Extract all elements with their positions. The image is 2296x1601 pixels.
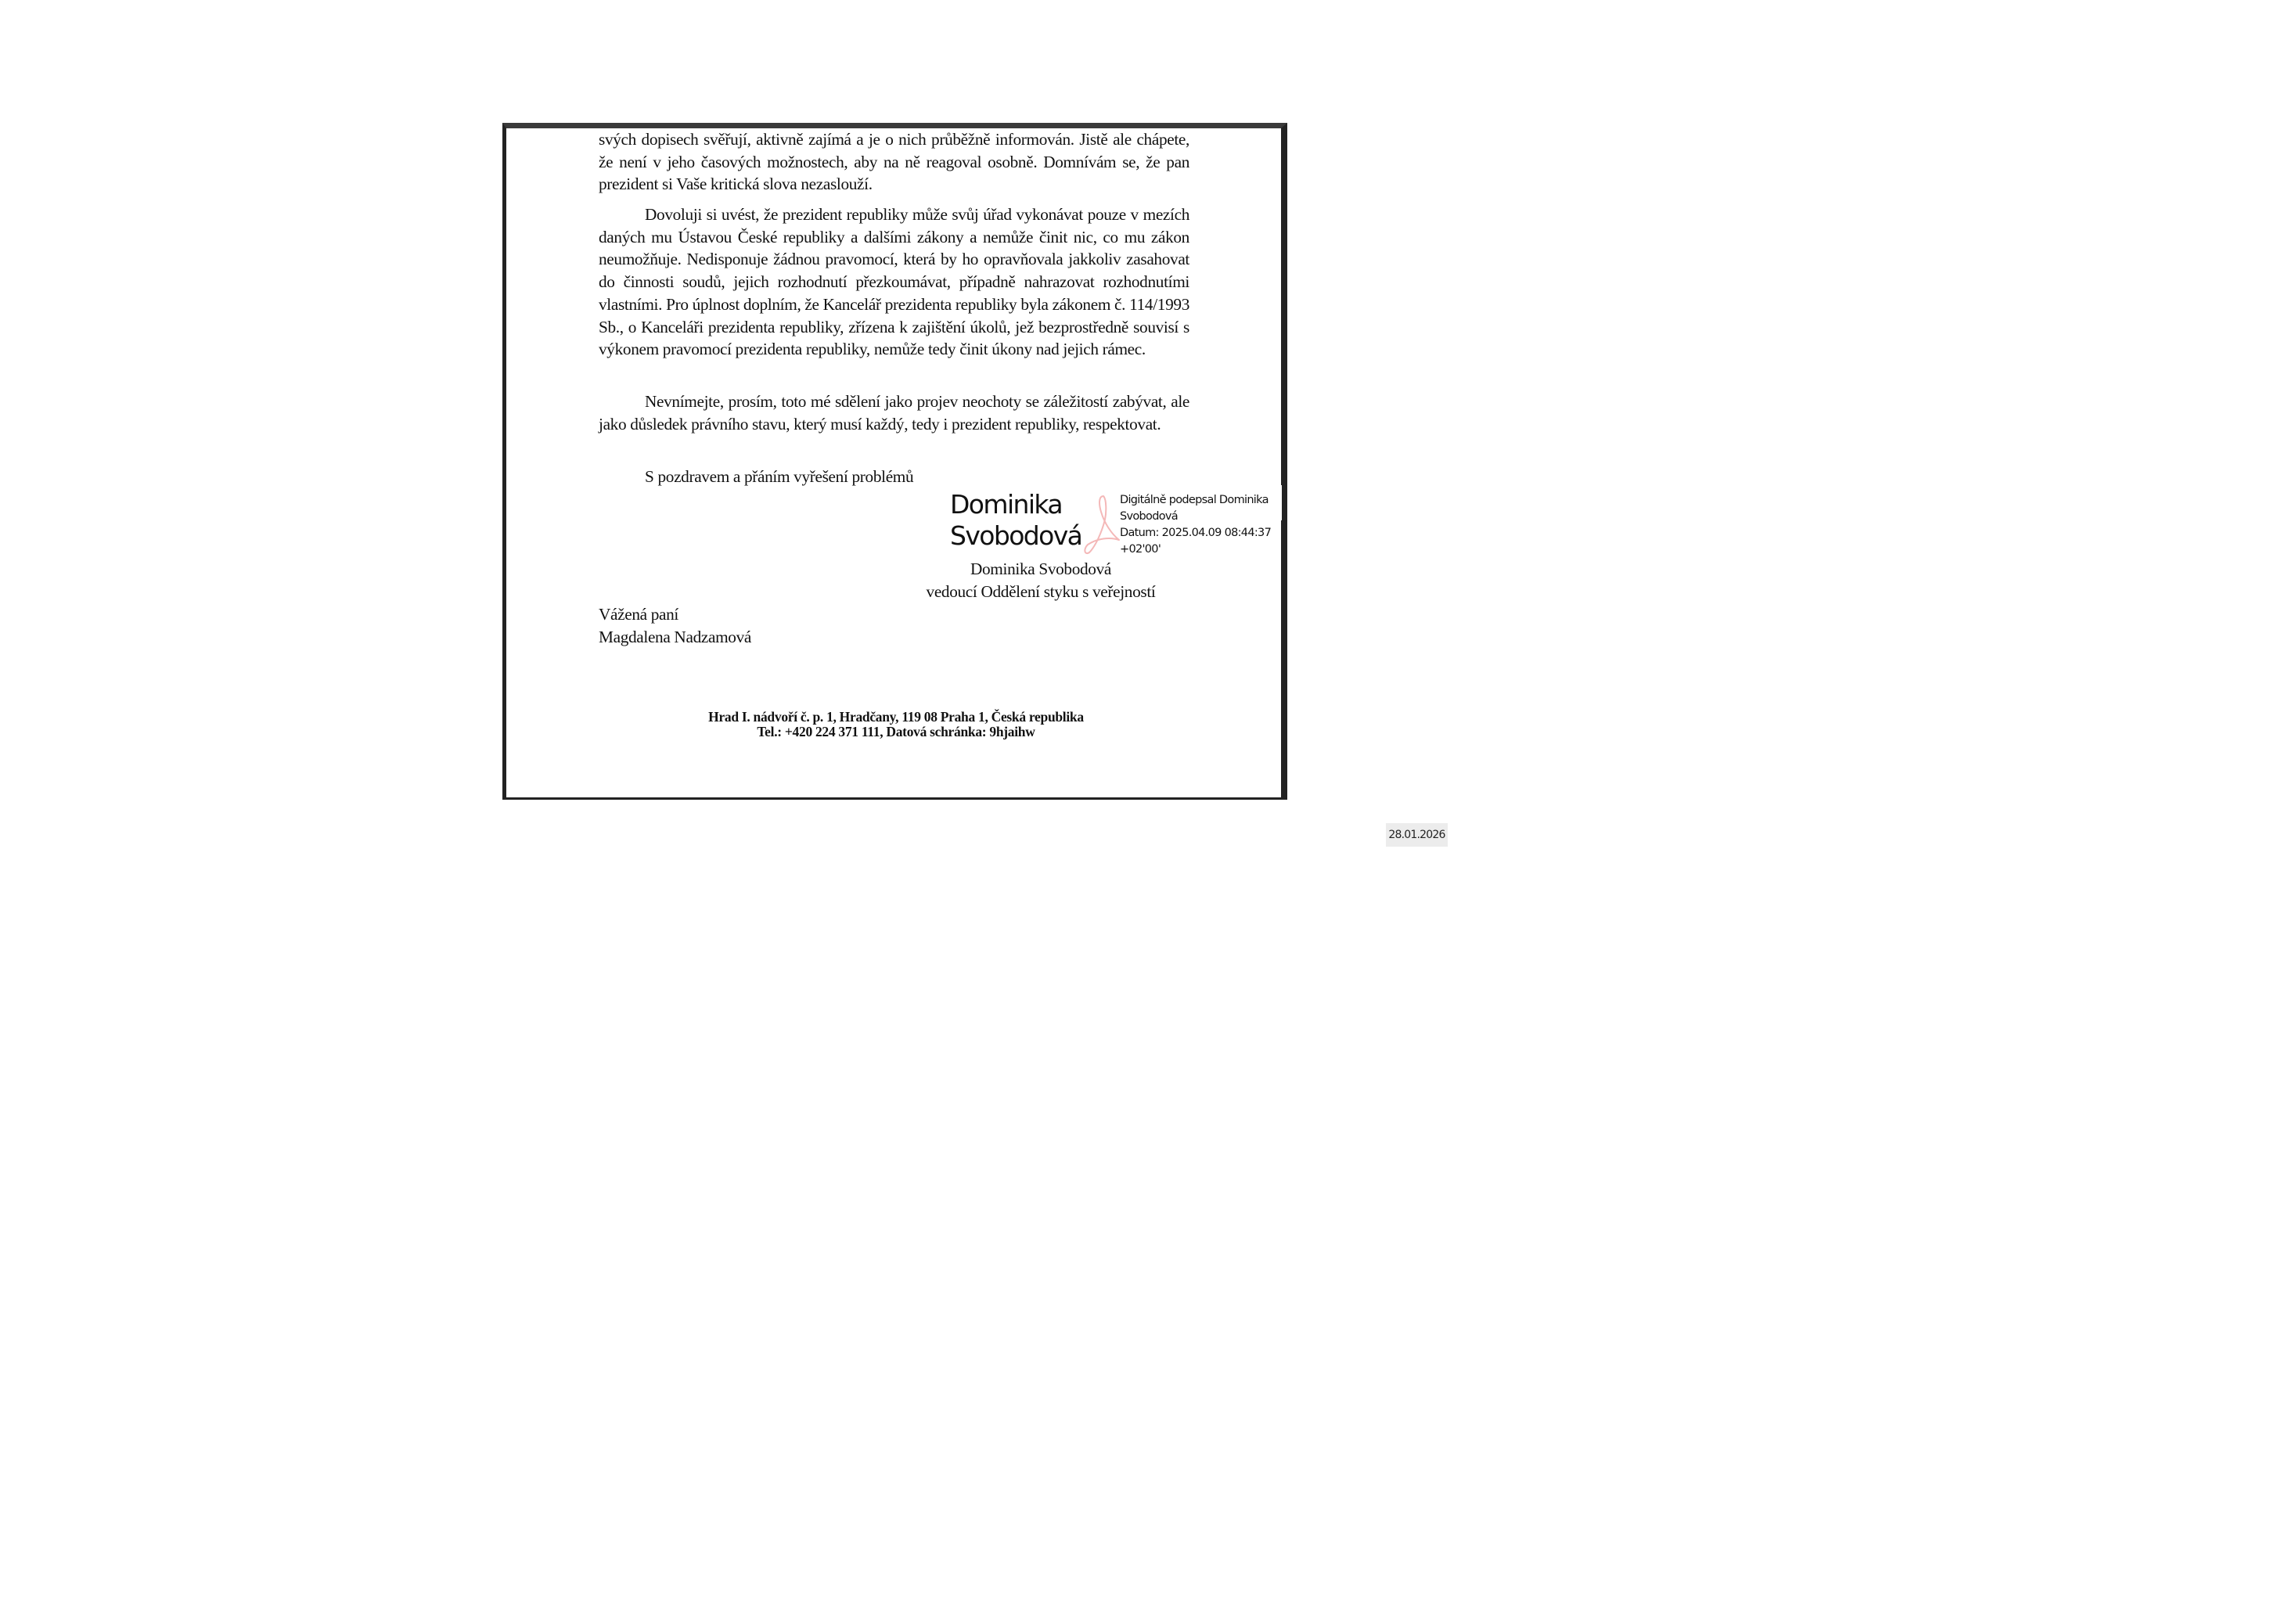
letter-paragraph-3: Nevnímejte, prosím, toto mé sdělení jako…	[599, 390, 1189, 435]
closing-text: S pozdravem a přáním vyřešení problémů	[599, 466, 1189, 488]
paragraph-text: Dovoluji si uvést, že prezident republik…	[599, 203, 1189, 361]
signatory-name: Dominika Svobodová	[861, 558, 1221, 581]
signed-by-name-line: Svobodová	[1120, 509, 1271, 525]
signature-name-line-1: Dominika	[950, 489, 1081, 520]
digital-signature-name[interactable]: Dominika Svobodová	[950, 489, 1081, 552]
signature-timezone: +02'00'	[1120, 541, 1271, 558]
footer-address: Hrad I. nádvoří č. p. 1, Hradčany, 119 0…	[595, 709, 1197, 725]
signature-date: Datum: 2025.04.09 08:44:37	[1120, 525, 1271, 541]
signatory-role: vedoucí Oddělení styku s veřejností	[861, 581, 1221, 603]
signature-name-line-2: Svobodová	[950, 520, 1081, 552]
paragraph-text: svých dopisech svěřují, aktivně zajímá a…	[599, 128, 1189, 196]
footer-contact: Tel.: +420 224 371 111, Datová schránka:…	[595, 724, 1197, 739]
recipient-salutation: Vážená paní	[599, 603, 751, 626]
adobe-acrobat-icon	[1080, 493, 1124, 559]
signed-by-line: Digitálně podepsal Dominika	[1120, 492, 1271, 509]
page-border-gap	[1280, 485, 1282, 520]
recipient-name: Magdalena Nadzamová	[599, 626, 751, 649]
paragraph-text: Nevnímejte, prosím, toto mé sdělení jako…	[599, 390, 1189, 435]
letter-closing: S pozdravem a přáním vyřešení problémů	[599, 466, 1189, 488]
letter-paragraph-2: Dovoluji si uvést, že prezident republik…	[599, 203, 1189, 361]
digital-signature-details: Digitálně podepsal Dominika Svobodová Da…	[1120, 492, 1271, 558]
recipient-block: Vážená paní Magdalena Nadzamová	[599, 603, 751, 648]
date-badge: 28.01.2026	[1386, 823, 1448, 847]
letter-paragraph-1: svých dopisech svěřují, aktivně zajímá a…	[599, 128, 1189, 196]
